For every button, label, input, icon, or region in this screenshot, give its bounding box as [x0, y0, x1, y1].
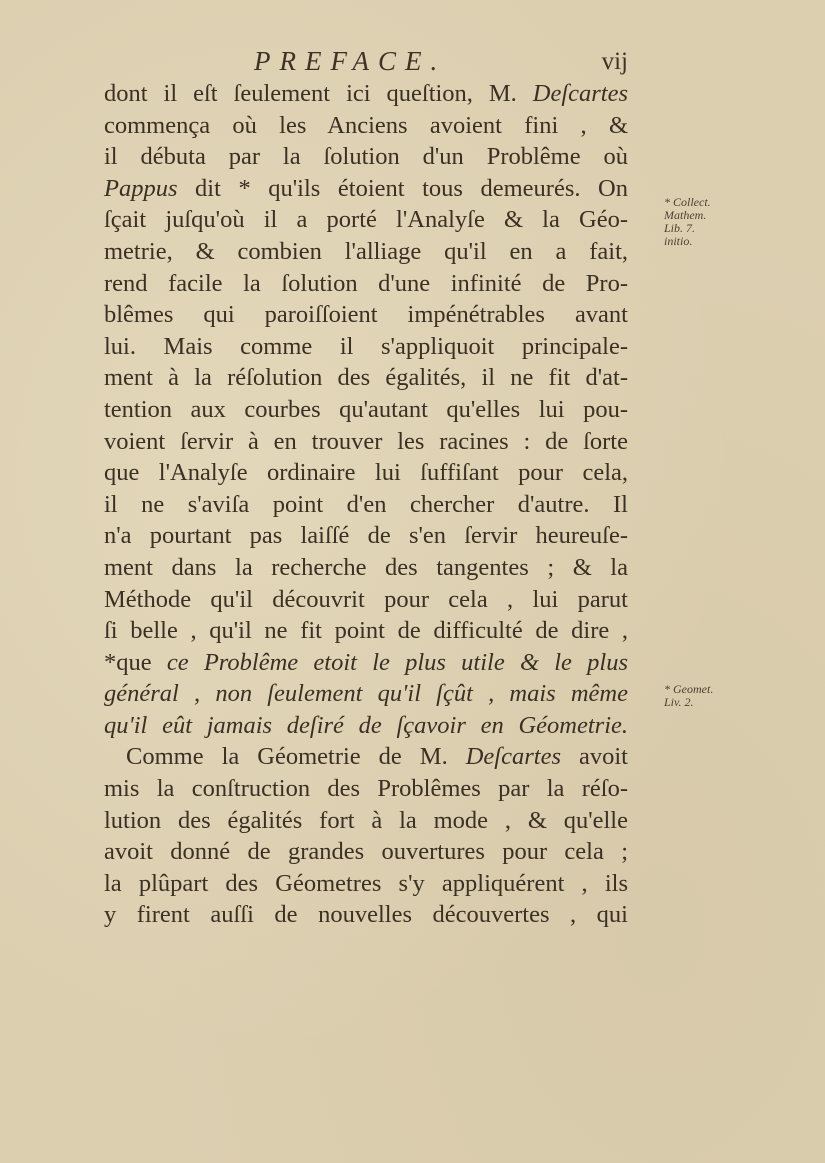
text-segment: dit * qu'ils étoient tous demeurés. On — [178, 175, 629, 202]
text-segment: la plûpart des Géometres s'y appliquéren… — [104, 870, 628, 897]
text-line: voient ſervir à en trouver les racines :… — [104, 426, 628, 458]
text-segment: dont il eſt ſeulement ici queſtion, M. — [104, 80, 533, 107]
text-segment: que l'Analyſe ordinaire lui ſuffiſant po… — [104, 459, 628, 486]
text-segment: tention aux courbes qu'autant qu'elles l… — [104, 396, 628, 423]
text-line: dont il eſt ſeulement ici queſtion, M. D… — [104, 78, 628, 110]
text-segment: avoit — [561, 743, 628, 770]
text-line: Pappus dit * qu'ils étoient tous demeuré… — [104, 173, 628, 205]
text-segment: commença où les Anciens avoient fini , & — [104, 112, 628, 139]
text-line: blêmes qui paroiſſoient impénétrables av… — [104, 299, 628, 331]
text-line: général , non ſeulement qu'il ſçût , mai… — [104, 678, 628, 710]
italic-text: qu'il eût jamais deſiré de ſçavoir en Gé… — [104, 712, 628, 739]
text-line: lui. Mais comme il s'appliquoit principa… — [104, 331, 628, 363]
text-line: que l'Analyſe ordinaire lui ſuffiſant po… — [104, 457, 628, 489]
text-line: metrie, & combien l'alliage qu'il en a f… — [104, 236, 628, 268]
text-segment: y firent auſſi de nouvelles découvertes … — [104, 901, 628, 928]
text-line: tention aux courbes qu'autant qu'elles l… — [104, 394, 628, 426]
text-line: y firent auſſi de nouvelles découvertes … — [104, 899, 628, 931]
book-page: PREFACE. vij dont il eſt ſeulement ici q… — [0, 0, 825, 1163]
text-segment: ſi belle , qu'il ne fit point de difficu… — [104, 617, 628, 644]
text-segment: il ne s'aviſa point d'en chercher d'autr… — [104, 491, 628, 518]
text-line: avoit donné de grandes ouvertures pour c… — [104, 836, 628, 868]
text-segment: lui. Mais comme il s'appliquoit principa… — [104, 333, 628, 360]
text-segment: Méthode qu'il découvrit pour cela , lui … — [104, 586, 628, 613]
text-line: commença où les Anciens avoient fini , & — [104, 110, 628, 142]
text-segment: blêmes qui paroiſſoient impénétrables av… — [104, 301, 628, 328]
text-segment: *que — [104, 649, 167, 676]
text-line: ment dans la recherche des tangentes ; &… — [104, 552, 628, 584]
text-segment: lution des égalités fort à la mode , & q… — [104, 807, 628, 834]
text-line: ment à la réſolution des égalités, il ne… — [104, 362, 628, 394]
text-segment: ſçait juſqu'où il a porté l'Analyſe & la… — [104, 206, 628, 233]
running-title: PREFACE. — [254, 46, 446, 77]
margin-note: * Collect.Mathem.Lib. 7.initio. — [664, 196, 744, 248]
italic-text: Deſcartes — [466, 743, 561, 770]
body-text: dont il eſt ſeulement ici queſtion, M. D… — [104, 78, 628, 931]
italic-text: ce Problême etoit le plus utile & le plu… — [167, 649, 628, 676]
text-line: qu'il eût jamais deſiré de ſçavoir en Gé… — [104, 710, 628, 742]
text-line: mis la conſtruction des Problêmes par la… — [104, 773, 628, 805]
text-segment: mis la conſtruction des Problêmes par la… — [104, 775, 628, 802]
text-segment: n'a pourtant pas laiſſé de s'en ſervir h… — [104, 522, 628, 549]
margin-note-line: initio. — [664, 235, 744, 248]
text-line: ſçait juſqu'où il a porté l'Analyſe & la… — [104, 204, 628, 236]
italic-text: Pappus — [104, 175, 178, 202]
text-line: il ne s'aviſa point d'en chercher d'autr… — [104, 489, 628, 521]
italic-text: général , non ſeulement qu'il ſçût , mai… — [104, 680, 628, 707]
text-line: Comme la Géometrie de M. Deſcartes avoit — [104, 741, 628, 773]
text-segment: metrie, & combien l'alliage qu'il en a f… — [104, 238, 628, 265]
text-line: lution des égalités fort à la mode , & q… — [104, 805, 628, 837]
text-segment: avoit donné de grandes ouvertures pour c… — [104, 838, 628, 865]
margin-note-line: Liv. 2. — [664, 696, 744, 709]
text-segment: Comme la Géometrie de M. — [126, 743, 466, 770]
page-number: vij — [602, 48, 628, 76]
text-segment: ment dans la recherche des tangentes ; &… — [104, 554, 628, 581]
italic-text: Deſcartes — [533, 80, 628, 107]
text-segment: voient ſervir à en trouver les racines :… — [104, 428, 628, 455]
text-line: *que ce Problême etoit le plus utile & l… — [104, 647, 628, 679]
page-header: PREFACE. vij — [104, 46, 628, 78]
text-line: rend facile la ſolution d'une infinité d… — [104, 268, 628, 300]
text-segment: ment à la réſolution des égalités, il ne… — [104, 364, 628, 391]
text-line: il débuta par la ſolution d'un Problême … — [104, 141, 628, 173]
text-line: la plûpart des Géometres s'y appliquéren… — [104, 868, 628, 900]
margin-note: * Geomet.Liv. 2. — [664, 683, 744, 709]
text-segment: il débuta par la ſolution d'un Problême … — [104, 143, 628, 170]
text-line: n'a pourtant pas laiſſé de s'en ſervir h… — [104, 520, 628, 552]
text-line: ſi belle , qu'il ne fit point de difficu… — [104, 615, 628, 647]
text-segment: rend facile la ſolution d'une infinité d… — [104, 270, 628, 297]
text-line: Méthode qu'il découvrit pour cela , lui … — [104, 584, 628, 616]
